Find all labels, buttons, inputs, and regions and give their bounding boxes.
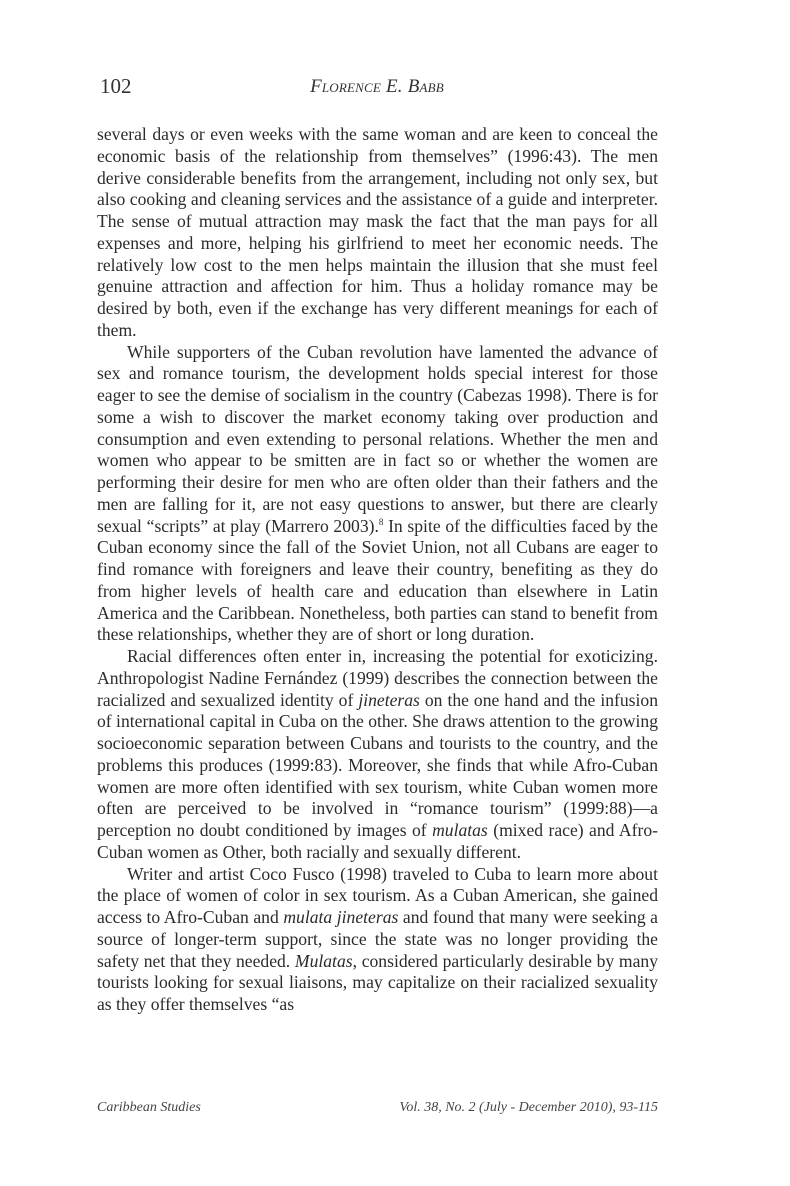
paragraph: Writer and artist Coco Fusco (1998) trav… (97, 864, 658, 1016)
running-head: 102 Florence E. Babb (97, 74, 657, 98)
paragraph: Racial differences often enter in, incre… (97, 646, 658, 864)
paragraph: While supporters of the Cuban revolution… (97, 342, 658, 647)
italic-term: mulata jineteras (283, 907, 398, 927)
page-footer: Caribbean Studies Vol. 38, No. 2 (July -… (97, 1098, 658, 1118)
paragraph: several days or even weeks with the same… (97, 124, 658, 342)
text-run: several days or even weeks with the same… (97, 124, 658, 340)
running-head-author: Florence E. Babb (97, 75, 657, 99)
text-run: While supporters of the Cuban revolution… (97, 342, 658, 536)
italic-term: jineteras (358, 690, 420, 710)
body-text: several days or even weeks with the same… (97, 124, 658, 1016)
footer-journal-name: Caribbean Studies (97, 1098, 201, 1118)
italic-term: Mulatas (295, 951, 353, 971)
footer-issue-info: Vol. 38, No. 2 (July - December 2010), 9… (399, 1098, 658, 1118)
text-run: on the one hand and the infusion of inte… (97, 690, 658, 841)
italic-term: mulatas (432, 820, 488, 840)
